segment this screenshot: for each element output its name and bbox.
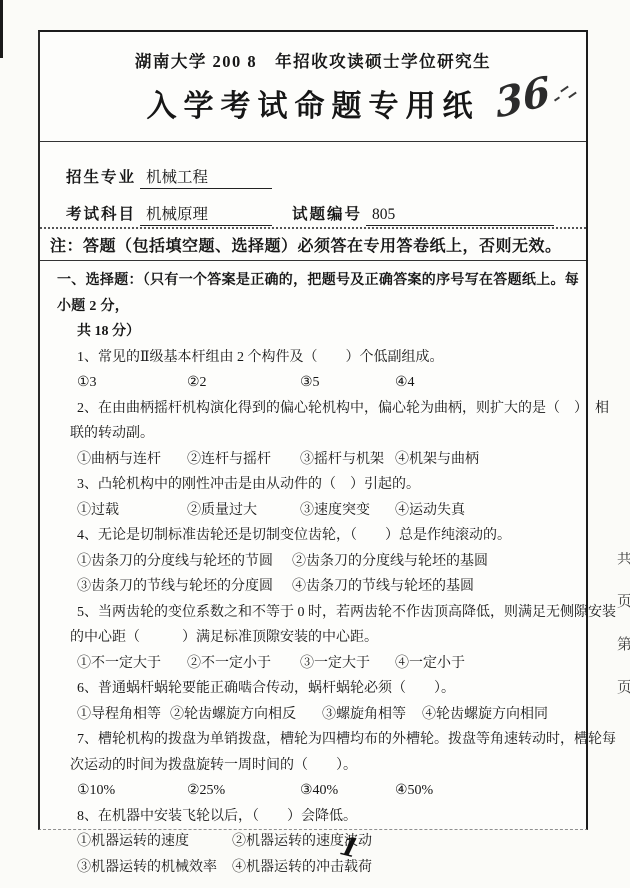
option: ④一定小于	[395, 651, 465, 677]
questions-content: 一、选择题：（只有一个答案是正确的，把题号及正确答案的序号写在答题纸上。每小题 …	[40, 261, 586, 880]
option-line: ①机器运转的速度②机器运转的速度波动	[77, 829, 586, 855]
questions: 1、常见的Ⅱ级基本杆组由 2 个构件及（ ）个低副组成。①3②2③5④42、在由…	[57, 345, 586, 881]
option: ③机器运转的机械效率	[77, 855, 232, 881]
option-line: ①曲柄与连杆②连杆与摇杆③摇杆与机架④机架与曲柄	[77, 447, 586, 473]
option: ②齿条刀的分度线与轮坯的基圆	[292, 549, 488, 575]
question-stem: 4、无论是切制标准齿轮还是切制变位齿轮，（ ）总是作纯滚动的。	[77, 523, 586, 549]
option: ②质量过大	[187, 498, 300, 524]
paper-number-label: 试题编号	[292, 202, 362, 226]
exam-sheet: 湖南大学 200 8 年招收攻读硕士学位研究生 入学考试命题专用纸 36 招生专…	[38, 30, 588, 830]
major-row: 招生专业 机械工程	[66, 152, 586, 189]
option: ④轮齿螺旋方向相同	[422, 702, 548, 728]
question-6: 6、普通蜗杆蜗轮要能正确啮合传动，蜗杆蜗轮必须（ ）。①导程角相等②轮齿螺旋方向…	[77, 676, 586, 727]
major-label: 招生专业	[66, 165, 136, 189]
option: ③摇杆与机架	[300, 447, 395, 473]
option: ②轮齿螺旋方向相反	[170, 702, 322, 728]
option-line: ①10%②25%③40%④50%	[77, 778, 586, 804]
option: ②连杆与摇杆	[187, 447, 300, 473]
option-line: ③齿条刀的节线与轮坯的分度圆④齿条刀的节线与轮坯的基圆	[77, 574, 586, 600]
question-stem: 次运动的时间为拨盘旋转一周时间的（ ）。	[70, 753, 586, 779]
option-line: ①齿条刀的分度线与轮坯的节圆②齿条刀的分度线与轮坯的基圆	[77, 549, 586, 575]
question-4: 4、无论是切制标准齿轮还是切制变位齿轮，（ ）总是作纯滚动的。①齿条刀的分度线与…	[77, 523, 586, 600]
answer-note-line: 注：答题（包括填空题、选择题）必须答在专用答卷纸上，否则无效。	[40, 229, 586, 261]
scanned-exam-page: { "header": { "school_line": "湖南大学 200 8…	[0, 0, 630, 888]
sheet-header: 湖南大学 200 8 年招收攻读硕士学位研究生 入学考试命题专用纸 36	[40, 32, 586, 141]
question-stem: 的中心距（ ）满足标准顶隙安装的中心距。	[70, 625, 586, 651]
paper-number-value: 805	[366, 206, 554, 226]
option: ①10%	[77, 778, 187, 804]
question-8: 8、在机器中安装飞轮以后，（ ）会降低。①机器运转的速度②机器运转的速度波动③机…	[77, 804, 586, 881]
question-stem: 联的转动副。	[70, 421, 586, 447]
option-line: ①不一定大于②不一定小于③一定大于④一定小于	[77, 651, 586, 677]
option: ③螺旋角相等	[322, 702, 422, 728]
section-heading: 一、选择题：（只有一个答案是正确的，把题号及正确答案的序号写在答题纸上。每小题 …	[57, 268, 586, 319]
option: ④机架与曲柄	[395, 447, 479, 473]
option-line: ③机器运转的机械效率④机器运转的冲击载荷	[77, 855, 586, 881]
question-stem: 1、常见的Ⅱ级基本杆组由 2 个构件及（ ）个低副组成。	[77, 345, 586, 371]
scan-edge-artifact	[0, 0, 3, 58]
margin-glyph: 共	[617, 552, 630, 567]
major-value: 机械工程	[140, 165, 272, 189]
option: ①导程角相等	[77, 702, 170, 728]
option: ①过载	[77, 498, 187, 524]
subject-row: 考试科目 机械原理 试题编号 805	[66, 189, 586, 226]
option-line: ①3②2③5④4	[77, 370, 586, 396]
margin-glyph: 第	[617, 638, 630, 653]
option-line: ①过载②质量过大③速度突变④运动失真	[77, 498, 586, 524]
option: ③齿条刀的节线与轮坯的分度圆	[77, 574, 292, 600]
option: ③速度突变	[300, 498, 395, 524]
question-3: 3、凸轮机构中的刚性冲击是由从动件的（ ）引起的。①过载②质量过大③速度突变④运…	[77, 472, 586, 523]
question-stem: 6、普通蜗杆蜗轮要能正确啮合传动，蜗杆蜗轮必须（ ）。	[77, 676, 586, 702]
option: ③40%	[300, 778, 395, 804]
subject-label: 考试科目	[66, 202, 136, 226]
question-stem: 5、当两齿轮的变位系数之和不等于 0 时，若两齿轮不作齿顶高降低，则满足无侧隙安…	[77, 600, 586, 626]
question-stem: 3、凸轮机构中的刚性冲击是由从动件的（ ）引起的。	[77, 472, 586, 498]
option: ④4	[395, 370, 415, 396]
option: ①齿条刀的分度线与轮坯的节圆	[77, 549, 292, 575]
question-stem: 2、在由曲柄摇杆机构演化得到的偏心轮机构中，偏心轮为曲柄，则扩大的是（ ） 相	[77, 396, 586, 422]
option: ④运动失真	[395, 498, 465, 524]
question-stem: 7、槽轮机构的拨盘为单销拨盘，槽轮为四槽均布的外槽轮。拨盘等角速转动时，槽轮每	[77, 727, 586, 753]
option: ①不一定大于	[77, 651, 187, 677]
option: ②不一定小于	[187, 651, 300, 677]
option: ③5	[300, 370, 395, 396]
section-heading-continued: 共 18 分）	[77, 319, 586, 345]
question-2: 2、在由曲柄摇杆机构演化得到的偏心轮机构中，偏心轮为曲柄，则扩大的是（ ） 相联…	[77, 396, 586, 473]
option: ④50%	[395, 778, 433, 804]
option: ③一定大于	[300, 651, 395, 677]
subject-value: 机械原理	[140, 202, 272, 226]
option-line: ①导程角相等②轮齿螺旋方向相反③螺旋角相等④轮齿螺旋方向相同	[77, 702, 586, 728]
option: ①曲柄与连杆	[77, 447, 187, 473]
option: ②2	[187, 370, 300, 396]
question-5: 5、当两齿轮的变位系数之和不等于 0 时，若两齿轮不作齿顶高降低，则满足无侧隙安…	[77, 600, 586, 677]
option: ①机器运转的速度	[77, 829, 232, 855]
margin-glyph: 页	[617, 681, 630, 696]
exam-info-form: 招生专业 机械工程 考试科目 机械原理 试题编号 805	[40, 141, 586, 229]
header-school-line: 湖南大学 200 8 年招收攻读硕士学位研究生	[40, 32, 586, 72]
question-1: 1、常见的Ⅱ级基本杆组由 2 个构件及（ ）个低副组成。①3②2③5④4	[77, 345, 586, 396]
right-margin-clipped-text: 共页第页	[617, 552, 630, 724]
margin-glyph: 页	[617, 595, 630, 610]
option: ④齿条刀的节线与轮坯的基圆	[292, 574, 474, 600]
question-stem: 8、在机器中安装飞轮以后，（ ）会降低。	[77, 804, 586, 830]
question-7: 7、槽轮机构的拨盘为单销拨盘，槽轮为四槽均布的外槽轮。拨盘等角速转动时，槽轮每次…	[77, 727, 586, 804]
option: ①3	[77, 370, 187, 396]
option: ②25%	[187, 778, 300, 804]
